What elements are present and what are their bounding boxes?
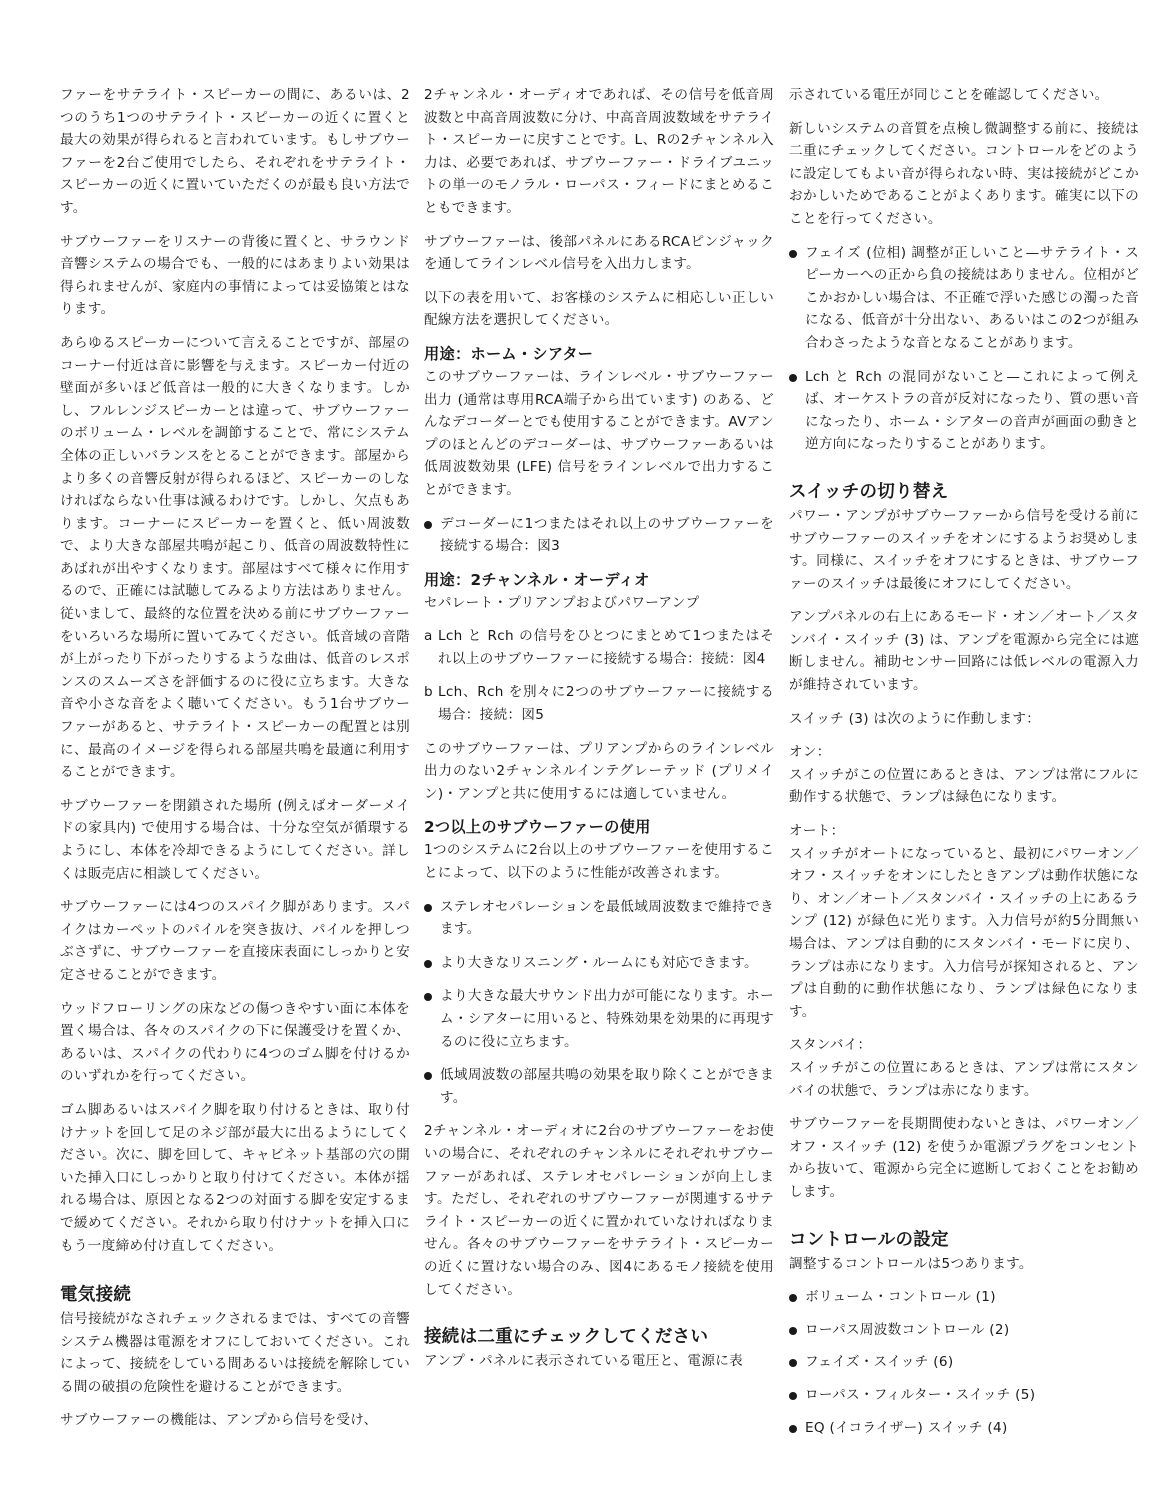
bullet-icon xyxy=(424,993,432,1001)
paragraph-spike-feet: サブウーファーには4つのスパイク脚があります。スパイクはカーペットのパイルを突き… xyxy=(60,896,410,986)
paragraph-placement-satellites: ファーをサテライト・スピーカーの間に、あるいは、2つのうち1つのサテライト・スピ… xyxy=(60,84,410,220)
mode-standby: スタンバイ： スイッチがこの位置にあるときは、アンプは常にスタンバイの状態で、ラ… xyxy=(789,1034,1139,1102)
mode-standby-label: スタンバイ： xyxy=(789,1034,1139,1057)
bullet-icon xyxy=(789,1294,797,1302)
column-1: ファーをサテライト・スピーカーの間に、あるいは、2つのうち1つのサテライト・スピ… xyxy=(60,84,410,1443)
bullet-icon xyxy=(789,1392,797,1400)
paragraph-subwoofer-function: サブウーファーの機能は、アンプから信号を受け、 xyxy=(60,1409,410,1432)
paragraph-attach-feet: ゴム脚あるいはスパイク脚を取り付けるときは、取り付けナットを回して足のネジ部が最… xyxy=(60,1099,410,1257)
column-3: 示されている電圧が同じことを確認してください。 新しいシステムの音質を点検し微調… xyxy=(789,84,1139,1449)
paragraph-check-before-tuning: 新しいシステムの音質を点検し微調整する前に、接続は二重にチェックしてください。コ… xyxy=(789,118,1139,231)
paragraph-room-corners: あらゆるスピーカーについて言えることですが、部屋のコーナー付近は音に影響を与えま… xyxy=(60,332,410,784)
paragraph-voltage-check: アンプ・パネルに表示されている電圧と、電源に表 xyxy=(424,1350,774,1373)
heading-home-theater: 用途：ホーム・シアター xyxy=(424,343,774,365)
list-item: フェイズ (位相) 調整が正しいこと—サテライト・スピーカーへの正から負の接続は… xyxy=(789,242,1139,355)
paragraph-switch-order: パワー・アンプがサブウーファーから信号を受ける前にサブウーファーのスイッチをオン… xyxy=(789,505,1139,595)
heading-switching: スイッチの切り替え xyxy=(789,480,1139,504)
list-item-a: a Lch と Rch の信号をひとつにまとめて1つまたはそれ以上のサブウーファ… xyxy=(424,625,774,670)
list-item-lowpass-frequency: ローパス周波数コントロール (2) xyxy=(789,1319,1139,1342)
paragraph-integrated-amp-note: このサブウーファーは、プリアンプからのラインレベル出力のない2チャンネルインテグ… xyxy=(424,738,774,806)
paragraph-stereo-separation: 2チャンネル・オーディオに2台のサブウーファーをお使いの場合に、それぞれのチャン… xyxy=(424,1120,774,1301)
list-item-lowpass-filter-switch: ローパス・フィルター・スイッチ (5) xyxy=(789,1384,1139,1407)
paragraph-rca-jacks: サブウーファーは、後部パネルにあるRCAピンジャックを通してラインレベル信号を入… xyxy=(424,231,774,276)
paragraph-five-controls: 調整するコントロールは5つあります。 xyxy=(789,1253,1139,1276)
paragraph-switch-operation: スイッチ (3) は次のように作動します： xyxy=(789,708,1139,731)
list-item: 低域周波数の部屋共鳴の効果を取り除くことができます。 xyxy=(424,1064,774,1109)
list-item: Lch と Rch の混同がないこと—これによって例えば、オーケストラの音が反対… xyxy=(789,366,1139,456)
mode-auto-text: スイッチがオートになっていると、最初にパワーオン／オフ・スイッチをオンにしたとき… xyxy=(789,846,1139,1020)
list-item: デコーダーに1つまたはそれ以上のサブウーファーを接続する場合：図3 xyxy=(424,513,774,558)
paragraph-multiple-subwoofers: 1つのシステムに2台以上のサブウーファーを使用することによって、以下のように性能… xyxy=(424,839,774,884)
paragraph-voltage-same: 示されている電圧が同じことを確認してください。 xyxy=(789,84,1139,107)
paragraph-wood-floor: ウッドフローリングの床などの傷つきやすい面に本体を置く場合は、各々のスパイクの下… xyxy=(60,998,410,1088)
paragraph-select-wiring: 以下の表を用いて、お客様のシステムに相応しい正しい配線方法を選択してください。 xyxy=(424,287,774,332)
subheading-separate-amps: セパレート・プリアンプおよびパワーアンプ xyxy=(424,592,774,615)
heading-multiple-subwoofers: 2つ以上のサブウーファーの使用 xyxy=(424,816,774,838)
bullet-icon xyxy=(789,1425,797,1433)
bullet-icon xyxy=(424,904,432,912)
mode-on-label: オン： xyxy=(789,741,1139,764)
paragraph-two-channel-split: 2チャンネル・オーディオであれば、その信号を低音周波数と中高音周波数に分け、中高… xyxy=(424,84,774,220)
paragraph-long-term-off: サブウーファーを長期間使わないときは、パワーオン／オフ・スイッチ (12) を使… xyxy=(789,1113,1139,1203)
heading-two-channel-audio: 用途：2チャンネル・オーディオ xyxy=(424,569,774,591)
controls-list: ボリューム・コントロール (1) ローパス周波数コントロール (2) フェイズ・… xyxy=(789,1286,1139,1439)
list-item: より大きな最大サウンド出力が可能になります。ホーム・シアターに用いると、特殊効果… xyxy=(424,985,774,1053)
bullet-icon xyxy=(424,960,432,968)
list-item: より大きなリスニング・ルームにも対応できます。 xyxy=(424,952,774,975)
paragraph-enclosed-space: サブウーファーを閉鎖された場所 (例えばオーダーメイドの家具内) で使用する場合… xyxy=(60,795,410,885)
bullet-icon xyxy=(424,1072,432,1080)
column-2: 2チャンネル・オーディオであれば、その信号を低音周波数と中高音周波数に分け、中高… xyxy=(424,84,774,1384)
list-item-volume-control: ボリューム・コントロール (1) xyxy=(789,1286,1139,1309)
paragraph-home-theater: このサブウーファーは、ラインレベル・サブウーファー出力 (通常は専用RCA端子か… xyxy=(424,366,774,502)
bullet-icon xyxy=(789,1359,797,1367)
paragraph-power-off-before-connect: 信号接続がなされチェックされるまでは、すべての音響システム機器は電源をオフにして… xyxy=(60,1308,410,1398)
bullet-icon xyxy=(424,521,432,529)
mode-on: オン： スイッチがこの位置にあるときは、アンプは常にフルに動作する状態で、ランプ… xyxy=(789,741,1139,809)
list-item-phase-switch: フェイズ・スイッチ (6) xyxy=(789,1351,1139,1374)
bullet-icon xyxy=(789,374,797,382)
list-item-b: b Lch、Rch を別々に2つのサブウーファーに接続する場合：接続：図5 xyxy=(424,681,774,726)
heading-double-check: 接続は二重にチェックしてください xyxy=(424,1325,774,1349)
list-item: ステレオセパレーションを最低域周波数まで維持できます。 xyxy=(424,896,774,941)
bullet-icon xyxy=(789,250,797,258)
paragraph-mode-switch: アンプパネルの右上にあるモード・オン／オート／スタンバイ・スイッチ (3) は、… xyxy=(789,606,1139,696)
mode-standby-text: スイッチがこの位置にあるときは、アンプは常にスタンバイの状態で、ランプは赤になり… xyxy=(789,1060,1139,1099)
heading-electrical-connection: 電気接続 xyxy=(60,1283,410,1307)
mode-on-text: スイッチがこの位置にあるときは、アンプは常にフルに動作する状態で、ランプは緑色に… xyxy=(789,767,1139,806)
paragraph-placement-behind-listener: サブウーファーをリスナーの背後に置くと、サラウンド音響システムの場合でも、一般的… xyxy=(60,231,410,321)
bullet-icon xyxy=(789,1327,797,1335)
list-item-eq-switch: EQ (イコライザー) スイッチ (4) xyxy=(789,1417,1139,1440)
mode-auto-label: オート： xyxy=(789,820,1139,843)
heading-control-settings: コントロールの設定 xyxy=(789,1228,1139,1252)
mode-auto: オート： スイッチがオートになっていると、最初にパワーオン／オフ・スイッチをオン… xyxy=(789,820,1139,1023)
